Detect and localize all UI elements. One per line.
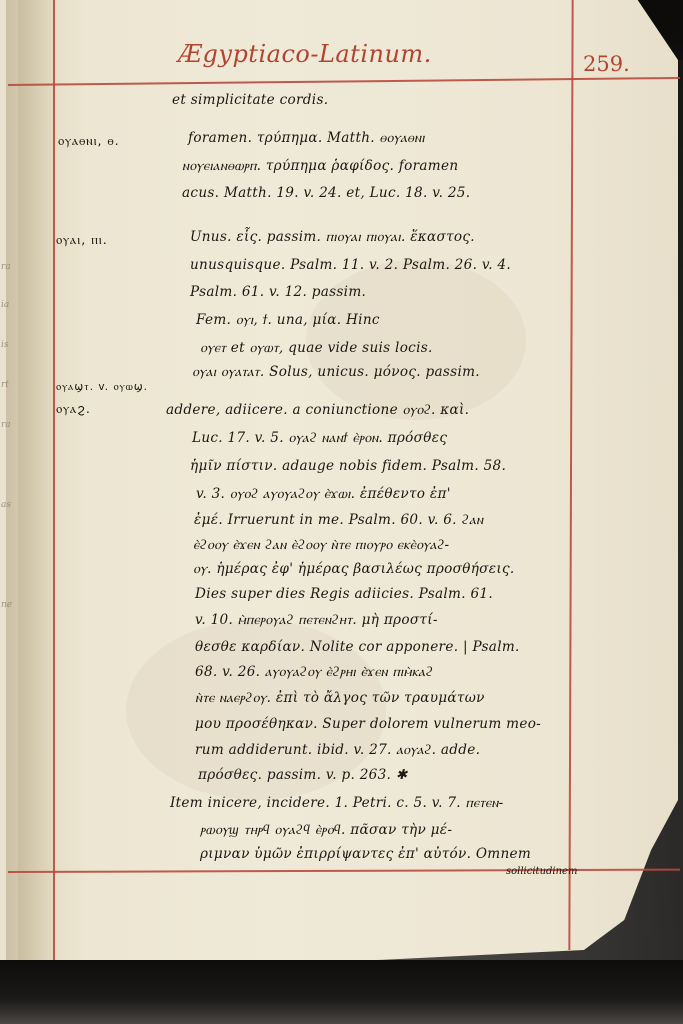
text-line: ⲛⲟⲩⲉⲓⲁⲛⲑⲱⲣⲡ. τρύπημα ῥαφίδος. foramen	[182, 158, 458, 174]
entry-lemma: ⲟⲩⲁϩ.	[56, 401, 91, 417]
text-line: Item inicere, incidere. 1. Petri. c. 5. …	[170, 795, 503, 811]
left-margin-rule	[53, 0, 55, 975]
page-header-title: Ægyptiaco-Latinum.	[178, 40, 432, 68]
text-line: ⲟⲩ. ἡμέρας ἐφ' ἡμέρας βασιλέως προσθήσει…	[193, 561, 515, 577]
entry-lemma: ⲟⲩⲁⲓ, ⲡⲓ.	[56, 232, 108, 248]
text-line: et simplicitate cordis.	[172, 92, 328, 108]
text-line: Fem. ⲟⲩⲓ, ϯ. una, μία. Hinc	[196, 312, 380, 328]
text-line: Psalm. 61. v. 12. passim.	[190, 284, 366, 300]
page-number: 259.	[583, 52, 630, 76]
text-line: rum addiderunt. ibid. v. 27. ⲁⲟⲩⲁϩ. adde…	[195, 742, 480, 758]
text-line: μου προσέθηκαν. Super dolorem vulnerum m…	[195, 716, 541, 732]
text-line: πρόσθες. passim. v. p. 263. ✱	[198, 767, 408, 783]
text-line: v. 3. ⲟⲩⲟϩ ⲁⲩⲟⲩⲁϩⲟⲩ ⲉ̀ϫⲱⲓ. ἐπέθεντο ἐπ'	[196, 486, 451, 502]
text-line: ⲣⲱⲟⲩϣ ⲧⲏⲣϥ ⲟⲩⲁϩϥ ⲉ̀ⲣⲟϥ. πᾶσαν τὴν μέ-	[200, 822, 452, 838]
catchword: sollicitudinem	[506, 866, 577, 877]
text-line: v. 10. ⲙ̀ⲡⲉⲣⲟⲩⲁϩ ⲡⲉⲧⲉⲛϩⲏⲧ. μὴ προστί-	[195, 612, 438, 628]
text-line: Dies super dies Regis adiicies. Psalm. 6…	[195, 586, 493, 602]
text-line: foramen. τρύπημα. Matth. ⲑⲟⲩⲁⲑⲛⲓ	[188, 130, 425, 146]
text-line: Unus. εἷς. passim. ⲡⲓⲟⲩⲁⲓ ⲡⲓⲟⲩⲁⲓ. ἕκαστο…	[190, 229, 475, 245]
text-line: ⲛ̀ⲧⲉ ⲛⲁⲉⲣϩⲟⲩ. ἐπὶ τὸ ἄλγος τῶν τραυμάτων	[195, 690, 485, 706]
entry-lemma: ⲟⲩⲁⲑⲛⲓ, ⲑ.	[58, 133, 120, 149]
entry-lemma: ⲟⲩⲁϣⲧ. v. ⲟⲩⲱϣ.	[56, 381, 148, 394]
text-line: addere, adiicere. a coniunctione ⲟⲩⲟϩ. κ…	[166, 402, 469, 418]
text-line: ⲟⲩⲁⲓ ⲟⲩⲁⲧⲁⲧ. Solus, unicus. μόνος. passi…	[192, 364, 480, 380]
text-line: unusquisque. Psalm. 11. v. 2. Psalm. 26.…	[190, 257, 511, 273]
text-line: ἡμῖν πίστιν. adauge nobis fidem. Psalm. …	[190, 458, 506, 474]
text-line: θεσθε καρδίαν. Nolite cor apponere. | Ps…	[195, 639, 520, 655]
shadow-bottom	[0, 960, 683, 1024]
text-line: ριμναν ὑμῶν ἐπιρρίψαντες ἐπ' αὐτόν. Omne…	[200, 846, 531, 862]
text-line: ⲉ̀ϩⲟⲟⲩ ⲉ̀ϫⲉⲛ ϩⲁⲛ ⲉ̀ϩⲟⲟⲩ ⲛ̀ⲧⲉ ⲡⲓⲟⲩⲣⲟ ⲉⲕⲉ̀…	[193, 537, 449, 553]
text-line: 68. v. 26. ⲁⲩⲟⲩⲁϩⲟⲩ ⲉ̀ϩⲣⲏⲓ ⲉ̀ϫⲉⲛ ⲡⲓⲙ̀ⲕⲁϩ	[195, 664, 433, 680]
text-line: ⲟⲩⲉⲧ et ⲟⲩⲱⲧ, quae vide suis locis.	[200, 340, 433, 356]
gutter-shadow	[6, 0, 56, 980]
text-line: ἐμέ. Irruerunt in me. Psalm. 60. v. 6. ϩ…	[194, 512, 483, 528]
text-line: acus. Matth. 19. v. 24. et, Luc. 18. v. …	[182, 185, 470, 201]
text-line: Luc. 17. v. 5. ⲟⲩⲁϩ ⲛⲁⲛϯ ⲉ̀ⲣⲟⲛ. πρόσθες	[192, 430, 447, 446]
